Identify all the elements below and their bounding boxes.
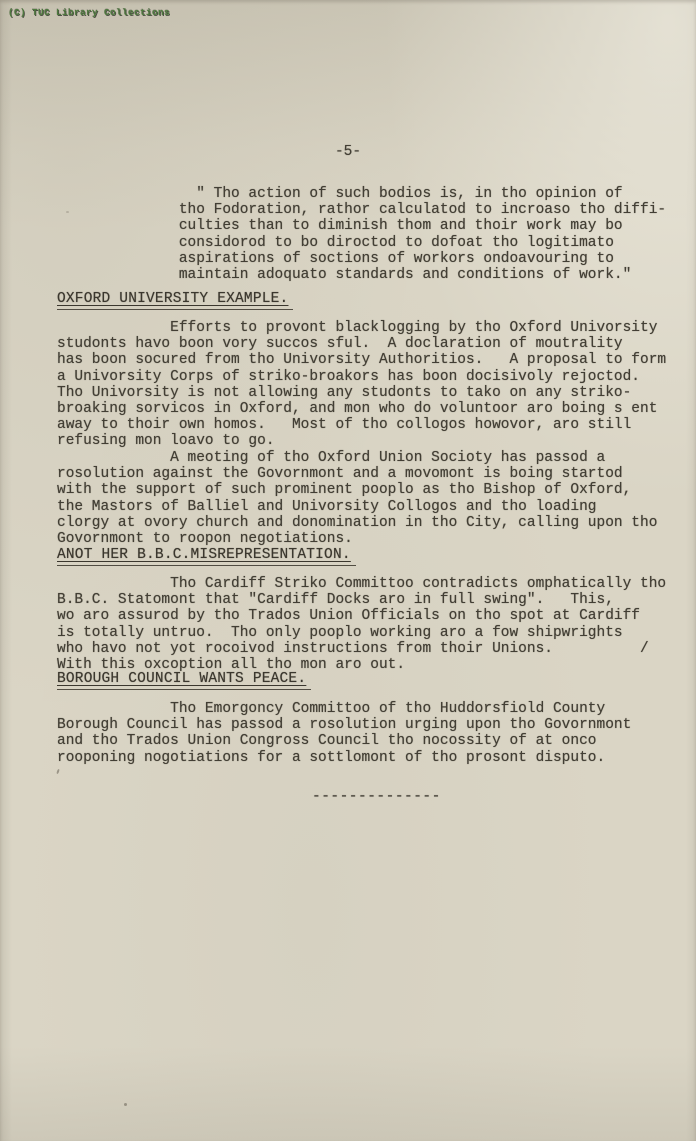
paragraph-oxford-union-society: A meoting of tho Oxford Union Socioty ha… [57, 450, 657, 547]
quoted-passage: " Tho action of such bodios is, in tho o… [57, 186, 666, 283]
paper-speck [124, 1103, 127, 1106]
paragraph-huddersfield-borough-council: Tho Emorgoncy Committoo of tho Huddorsfi… [57, 701, 631, 766]
copyright-watermark: (C) TUC Library Collections [8, 7, 170, 18]
paper-speck [66, 211, 69, 213]
heading-underlined-text: OXFORD UNIVERSITY EXAMPLE. [57, 291, 293, 310]
heading-underlined-text: ANOT HER B.B.C.MISREPRESENTATION. [57, 547, 356, 566]
paragraph-cardiff-strike-committee: Tho Cardiff Striko Committoo contradicts… [57, 576, 666, 673]
separator-dashes: -------------- [312, 789, 441, 805]
section-heading-oxford-university-example: OXFORD UNIVERSITY EXAMPLE. [57, 291, 293, 307]
page-number: -5- [0, 144, 696, 160]
section-heading-borough-council-wants-peace: BOROUGH COUNCIL WANTS PEACE. [57, 671, 311, 687]
paragraph-oxford-efforts: Efforts to provont blacklogging by tho O… [57, 320, 666, 450]
heading-underlined-text: BOROUGH COUNCIL WANTS PEACE. [57, 671, 311, 690]
scanned-document-page: (C) TUC Library Collections -5- " Tho ac… [0, 0, 696, 1141]
section-heading-bbc-misrepresentation: ANOT HER B.B.C.MISREPRESENTATION. [57, 547, 356, 563]
paper-speck [56, 769, 60, 774]
